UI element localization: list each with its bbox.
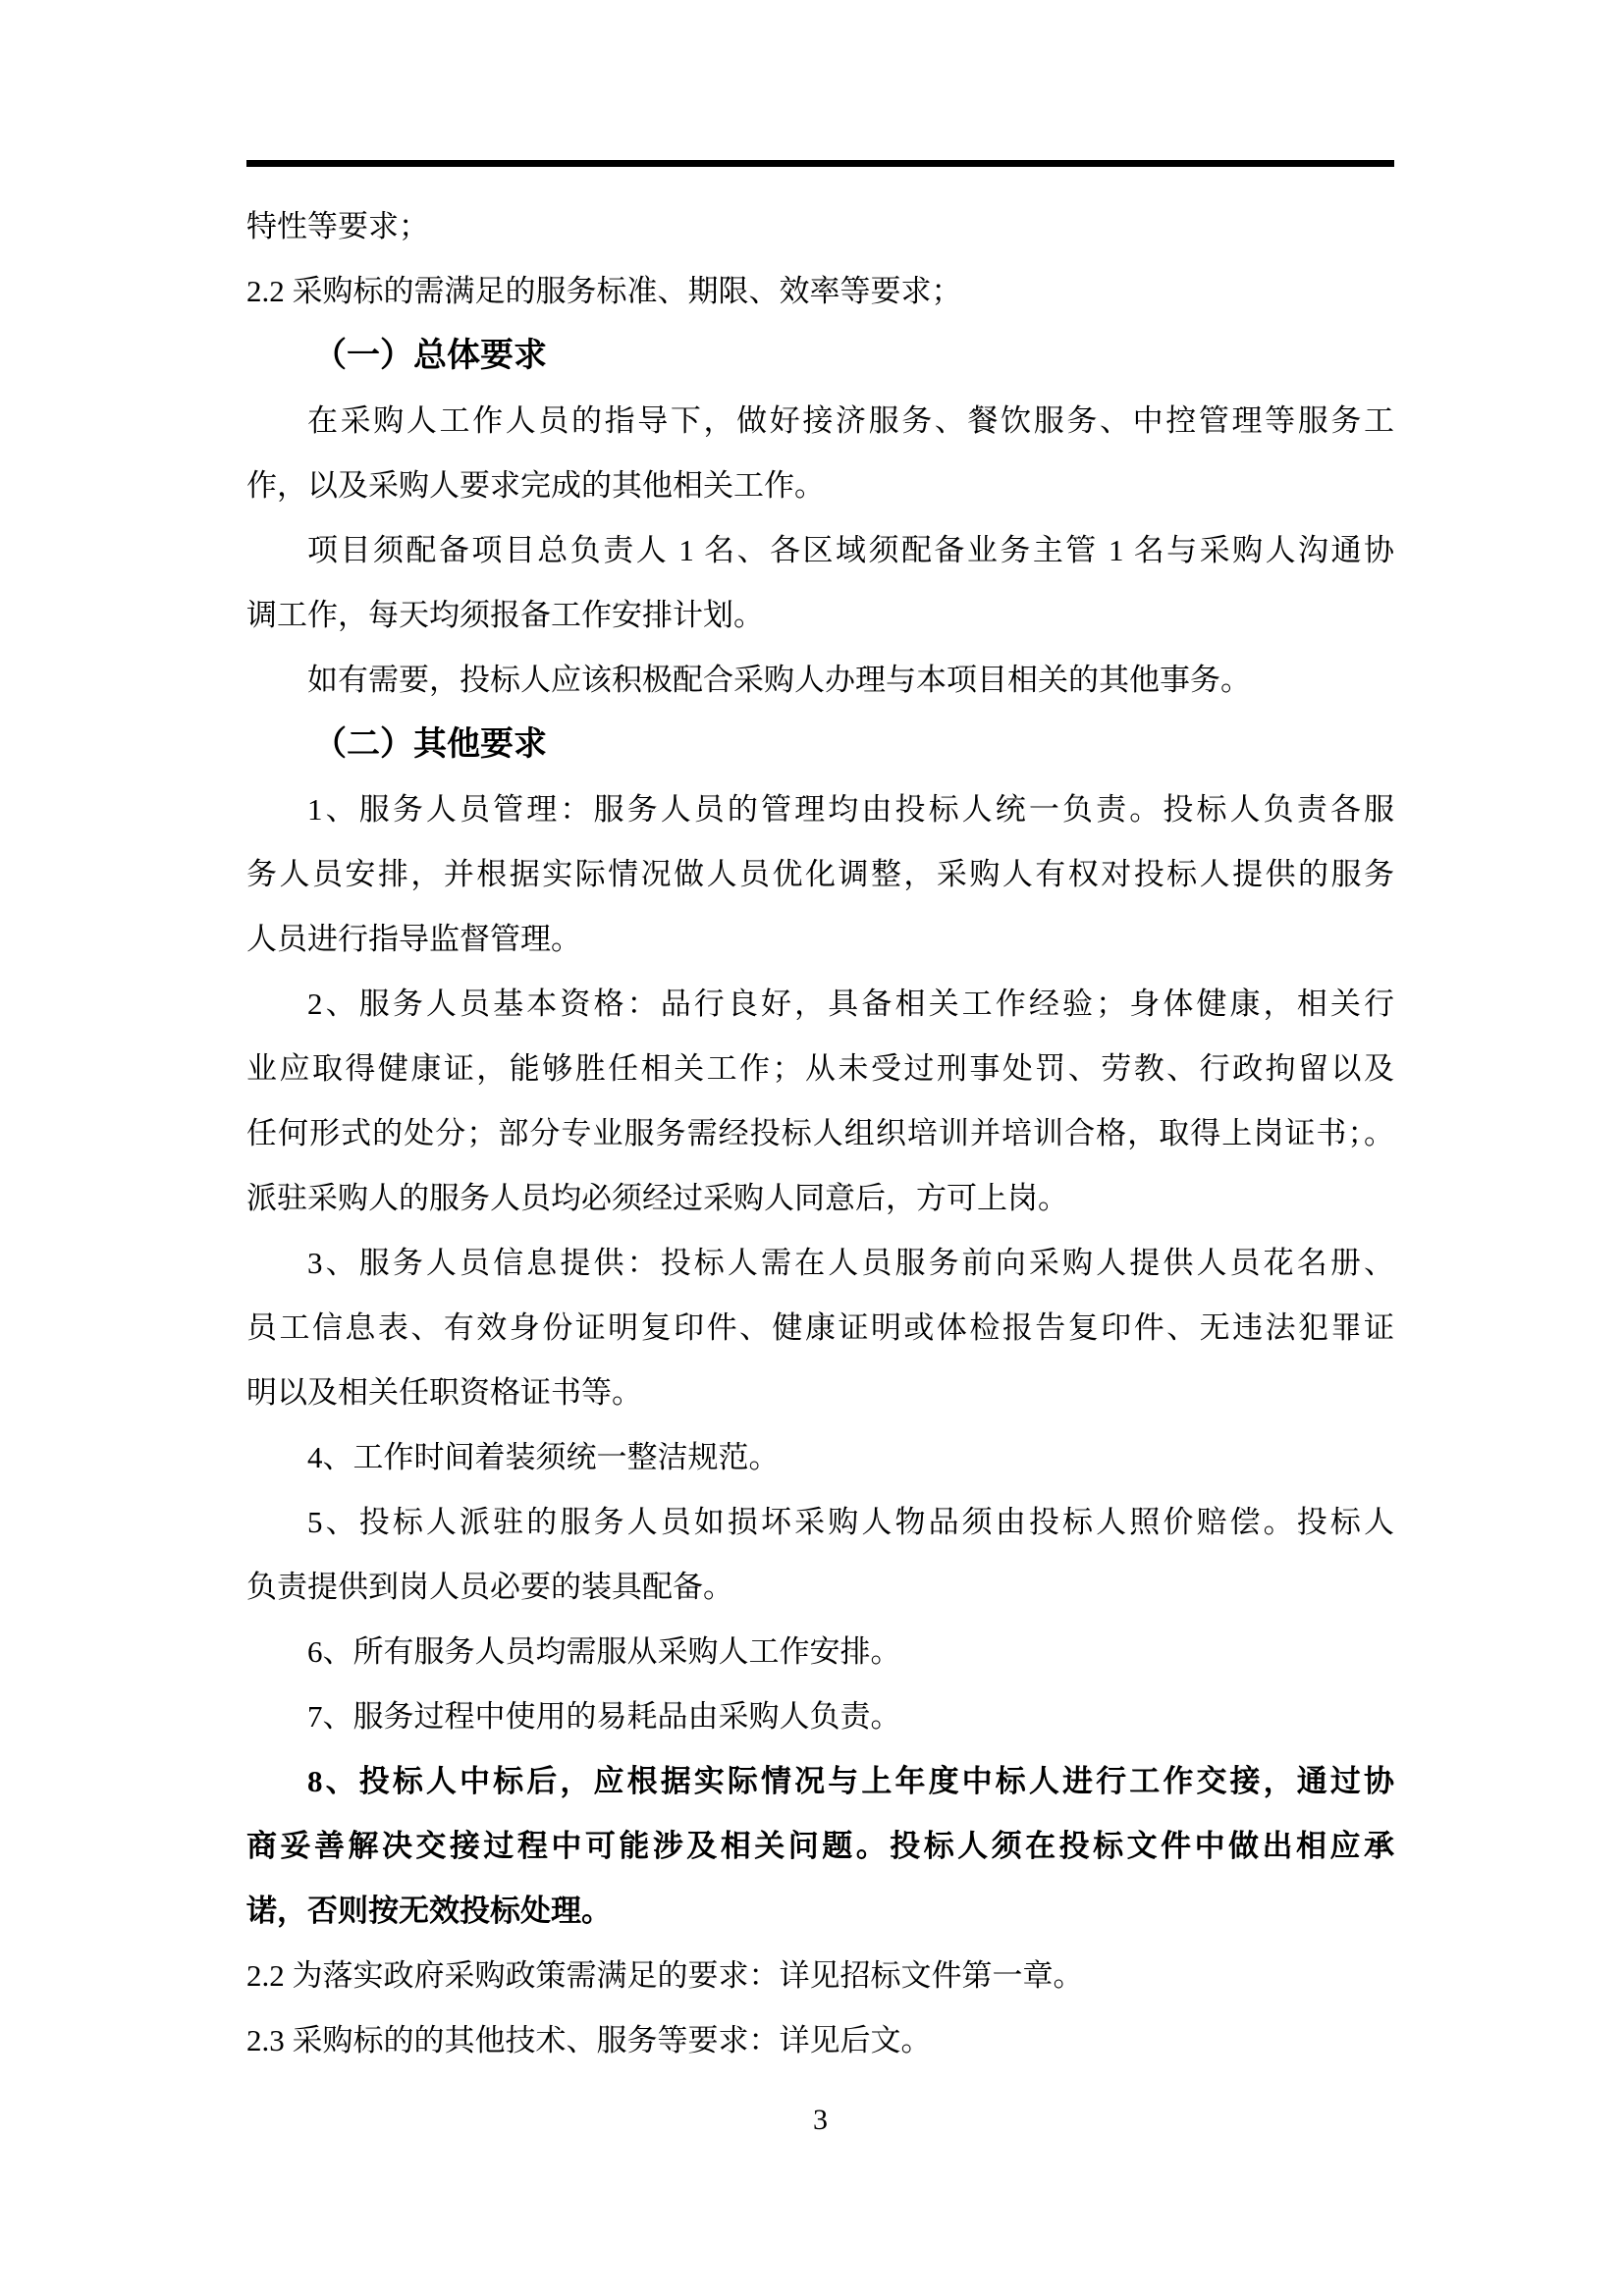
paragraph-line: 6、所有服务人员均需服从采购人工作安排。 (246, 1620, 1394, 1684)
paragraph-line: 作，以及采购人要求完成的其他相关工作。 (246, 454, 1394, 518)
paragraph-line: 任何形式的处分；部分专业服务需经投标人组织培训并培训合格，取得上岗证书；。 (246, 1101, 1394, 1166)
paragraph-line: 2.2 采购标的需满足的服务标准、期限、效率等要求； (246, 259, 1394, 324)
page-footer: 3 (246, 2101, 1394, 2140)
paragraph-line: 2.3 采购标的的其他技术、服务等要求：详见后文。 (246, 2008, 1394, 2073)
paragraph-line: 业应取得健康证，能够胜任相关工作；从未受过刑事处罚、劳教、行政拘留以及 (246, 1037, 1394, 1101)
paragraph-line: 员工信息表、有效身份证明复印件、健康证明或体检报告复印件、无违法犯罪证 (246, 1296, 1394, 1361)
page-number: 3 (813, 2104, 828, 2136)
paragraph-line: 项目须配备项目总负责人 1 名、各区域须配备业务主管 1 名与采购人沟通协 (246, 518, 1394, 583)
paragraph-line: 2.2 为落实政府采购政策需满足的要求：详见招标文件第一章。 (246, 1944, 1394, 2008)
paragraph-line: 在采购人工作人员的指导下，做好接济服务、餐饮服务、中控管理等服务工 (246, 389, 1394, 454)
paragraph-line: 务人员安排，并根据实际情况做人员优化调整，采购人有权对投标人提供的服务 (246, 842, 1394, 907)
paragraph-line: 7、服务过程中使用的易耗品由采购人负责。 (246, 1684, 1394, 1749)
paragraph-line: 4、工作时间着装须统一整洁规范。 (246, 1425, 1394, 1490)
document-page: 特性等要求；2.2 采购标的需满足的服务标准、期限、效率等要求；（一）总体要求在… (0, 0, 1624, 2296)
paragraph-line: 诺，否则按无效投标处理。 (246, 1879, 1394, 1944)
paragraph-line: 3、服务人员信息提供：投标人需在人员服务前向采购人提供人员花名册、 (246, 1231, 1394, 1296)
paragraph-line: 8、投标人中标后，应根据实际情况与上年度中标人进行工作交接，通过协 (246, 1749, 1394, 1814)
paragraph-line: 特性等要求； (246, 194, 1394, 259)
paragraph-line: 明以及相关任职资格证书等。 (246, 1361, 1394, 1425)
paragraph-line: 派驻采购人的服务人员均必须经过采购人同意后，方可上岗。 (246, 1166, 1394, 1231)
paragraph-line: 5、投标人派驻的服务人员如损坏采购人物品须由投标人照价赔偿。投标人 (246, 1490, 1394, 1555)
paragraph-line: 负责提供到岗人员必要的装具配备。 (246, 1555, 1394, 1620)
section-heading: （二）其他要求 (246, 713, 1394, 777)
paragraph-line: 调工作，每天均须报备工作安排计划。 (246, 583, 1394, 648)
paragraph-line: 1、服务人员管理：服务人员的管理均由投标人统一负责。投标人负责各服 (246, 777, 1394, 842)
paragraph-line: 商妥善解决交接过程中可能涉及相关问题。投标人须在投标文件中做出相应承 (246, 1814, 1394, 1879)
paragraph-line: 2、服务人员基本资格：品行良好，具备相关工作经验；身体健康，相关行 (246, 972, 1394, 1037)
header-rule (246, 160, 1394, 167)
section-heading: （一）总体要求 (246, 324, 1394, 389)
document-body: 特性等要求；2.2 采购标的需满足的服务标准、期限、效率等要求；（一）总体要求在… (246, 194, 1394, 2073)
paragraph-line: 如有需要，投标人应该积极配合采购人办理与本项目相关的其他事务。 (246, 648, 1394, 713)
paragraph-line: 人员进行指导监督管理。 (246, 907, 1394, 972)
